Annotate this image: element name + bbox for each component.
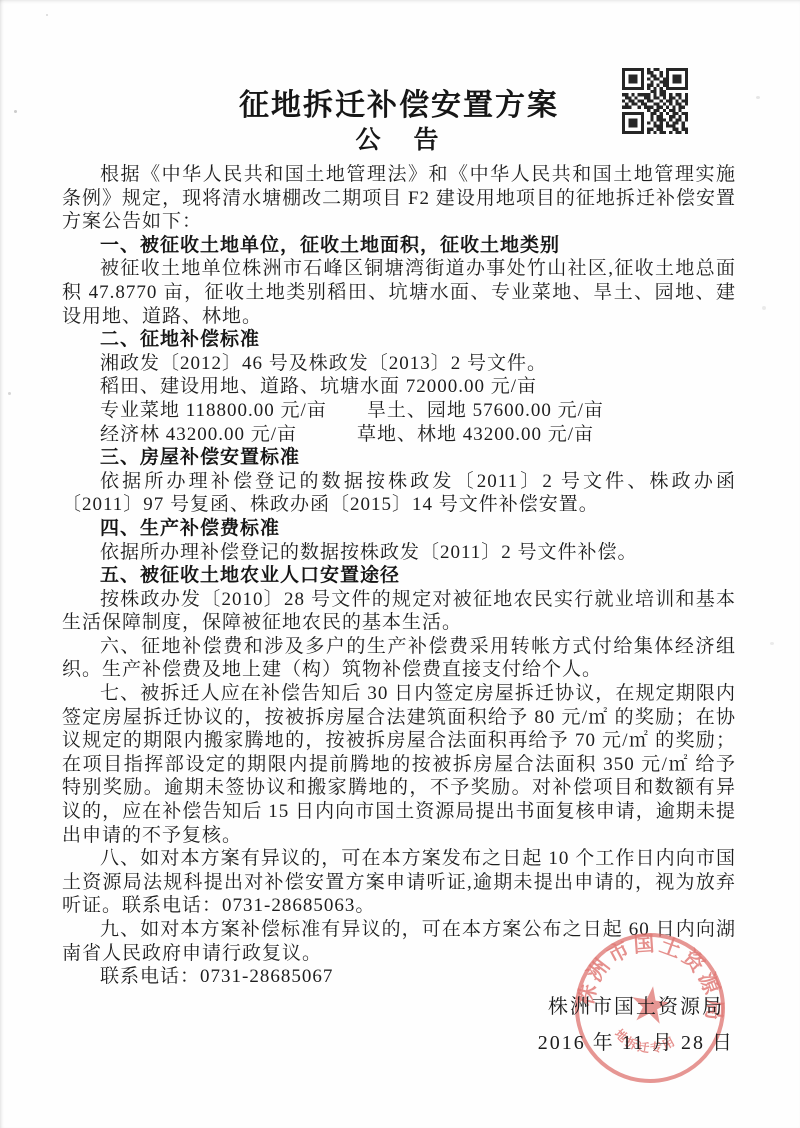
section-6-body: 六、征地补偿费和涉及多户的生产补偿费采用转帐方式付给集体经济组织。生产补偿费及地… — [62, 635, 736, 682]
section-2-documents: 湘政发〔2012〕46 号及株政发〔2013〕2 号文件。 — [62, 352, 736, 376]
scan-speck — [756, 96, 760, 99]
section-5-body: 按株政办发〔2010〕28 号文件的规定对被征地农民实行就业培训和基本生活保障制… — [62, 588, 736, 635]
signature-org: 株洲市国土资源局 — [62, 994, 736, 1020]
scan-speck — [14, 110, 17, 113]
section-7-body: 七、被拆迁人应在补偿告知后 30 日内签定房屋拆迁协议，在规定期限内签定房屋拆迁… — [62, 682, 736, 847]
section-1-body: 被征收土地单位株洲市石峰区铜塘湾街道办事处竹山社区,征收土地总面积 47.877… — [62, 257, 736, 328]
section-4-heading: 四、生产补偿费标准 — [62, 517, 736, 541]
section-8-body: 八、如对本方案有异议的，可在本方案发布之日起 10 个工作日内向市国土资源局法规… — [62, 847, 736, 918]
scan-speck — [770, 642, 774, 645]
section-4-body: 依据所办理补偿登记的数据按株政发〔2011〕2 号文件补偿。 — [62, 541, 736, 565]
scan-speck — [8, 392, 11, 395]
document-page: 株洲市国土资源局 征地拆迁专用章 征地拆迁补偿安置方案 公 告 根据《中华人民共… — [0, 0, 800, 1128]
section-2-heading: 二、征地补偿标准 — [62, 328, 736, 352]
section-3-body: 依据所办理补偿登记的数据按株政发〔2011〕2 号文件、株政办函〔2011〕97… — [62, 470, 736, 517]
section-5-heading: 五、被征收土地农业人口安置途径 — [62, 564, 736, 588]
section-2-rate-line-2: 专业菜地 118800.00 元/亩 旱土、园地 57600.00 元/亩 — [62, 399, 736, 423]
signature-date: 2016 年 11 月 28 日 — [62, 1030, 736, 1056]
section-3-heading: 三、房屋补偿安置标准 — [62, 446, 736, 470]
paragraph-intro: 根据《中华人民共和国土地管理法》和《中华人民共和国土地管理实施条例》规定，现将清… — [62, 163, 736, 234]
section-1-heading: 一、被征收土地单位，征收土地面积，征收土地类别 — [62, 234, 736, 258]
section-2-rate-line-3: 经济林 43200.00 元/亩 草地、林地 43200.00 元/亩 — [62, 423, 736, 447]
qr-code — [622, 68, 688, 134]
scan-speck — [762, 306, 766, 310]
scan-speck — [46, 14, 48, 16]
section-2-rate-line-1: 稻田、建设用地、道路、坑塘水面 72000.00 元/亩 — [62, 375, 736, 399]
